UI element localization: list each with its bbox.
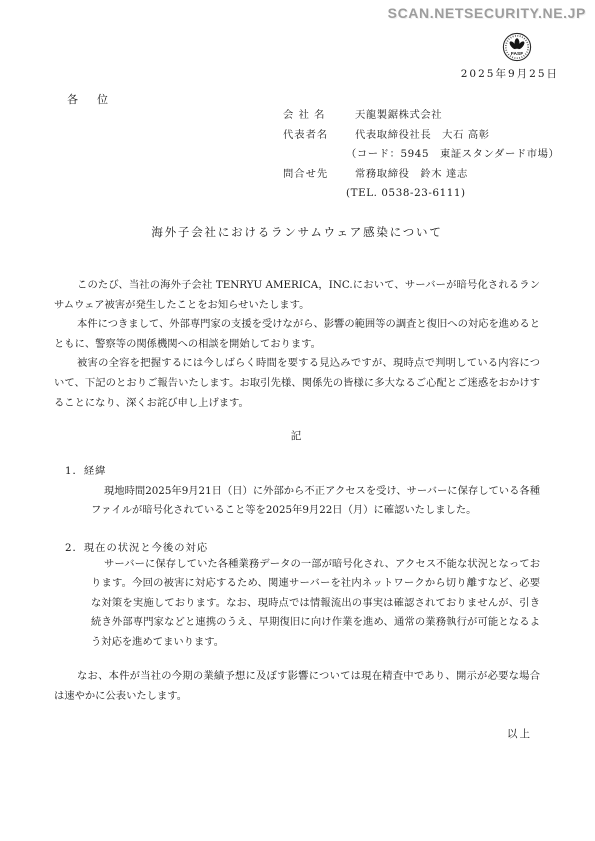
contact-row: 問合せ先 常務取締役 鈴木 達志 (283, 165, 559, 185)
closing-paragraph: なお、本件が当社の今期の業績予想に及ぼす影響については現在精査中であり、開示が必… (54, 667, 540, 706)
press-release-document: SCAN.NETSECURITY.NE.JP FASF 2025年9月25日 各… (0, 0, 595, 841)
stock-code-value: （コード：5945 東証スタンダード市場） (346, 145, 559, 165)
scan-netsecurity-watermark: SCAN.NETSECURITY.NE.JP (388, 5, 586, 21)
section-2-heading: 2．現在の状況と今後の対応 (65, 539, 208, 554)
company-name-row: 会 社 名 天龍製鋸株式会社 (283, 106, 559, 126)
intro-paragraph-3: 被害の全容を把握するには今しばらく時間を要する見込みですが、現時点で判明している… (54, 354, 540, 413)
fasf-logo-label: FASF (511, 51, 523, 57)
document-date: 2025年9月25日 (461, 66, 559, 81)
contact-label: 問合せ先 (283, 165, 355, 185)
phone-value: (TEL. 0538-23-6111) (346, 184, 466, 204)
company-info-block: 会 社 名 天龍製鋸株式会社 代表者名 代表取締役社長 大石 高彰 （コード：5… (283, 106, 559, 204)
representative-value: 代表取締役社長 大石 高彰 (355, 126, 490, 146)
company-name-value: 天龍製鋸株式会社 (355, 106, 442, 126)
intro-paragraph-2: 本件につきまして、外部専門家の支援を受けながら、影響の範囲等の調査と復旧への対応… (54, 315, 540, 354)
stock-code-row: （コード：5945 東証スタンダード市場） (283, 145, 559, 165)
intro-paragraph-1: このたび、当社の海外子会社 TENRYU AMERICA，INC.において、サー… (54, 276, 540, 315)
salutation: 各 位 (67, 91, 112, 107)
fasf-member-mark-icon: FASF (502, 32, 532, 62)
contact-value: 常務取締役 鈴木 達志 (355, 165, 468, 185)
representative-label: 代表者名 (283, 126, 355, 146)
section-1-heading: 1．経緯 (65, 462, 106, 477)
company-name-label: 会 社 名 (283, 106, 355, 126)
representative-row: 代表者名 代表取締役社長 大石 高彰 (283, 126, 559, 146)
phone-row: (TEL. 0538-23-6111) (283, 184, 559, 204)
record-marker: 記 (54, 428, 540, 443)
document-title: 海外子会社におけるランサムウェア感染について (54, 224, 540, 240)
section-1-body: 現地時間2025年9月21日（日）に外部から不正アクセスを受け、サーバーに保存し… (91, 482, 540, 521)
sign-off: 以上 (54, 726, 532, 741)
intro-paragraphs: このたび、当社の海外子会社 TENRYU AMERICA，INC.において、サー… (54, 276, 540, 413)
section-2-body: サーバーに保存していた各種業務データの一部が暗号化され、アクセス不能な状況となっ… (91, 555, 540, 652)
